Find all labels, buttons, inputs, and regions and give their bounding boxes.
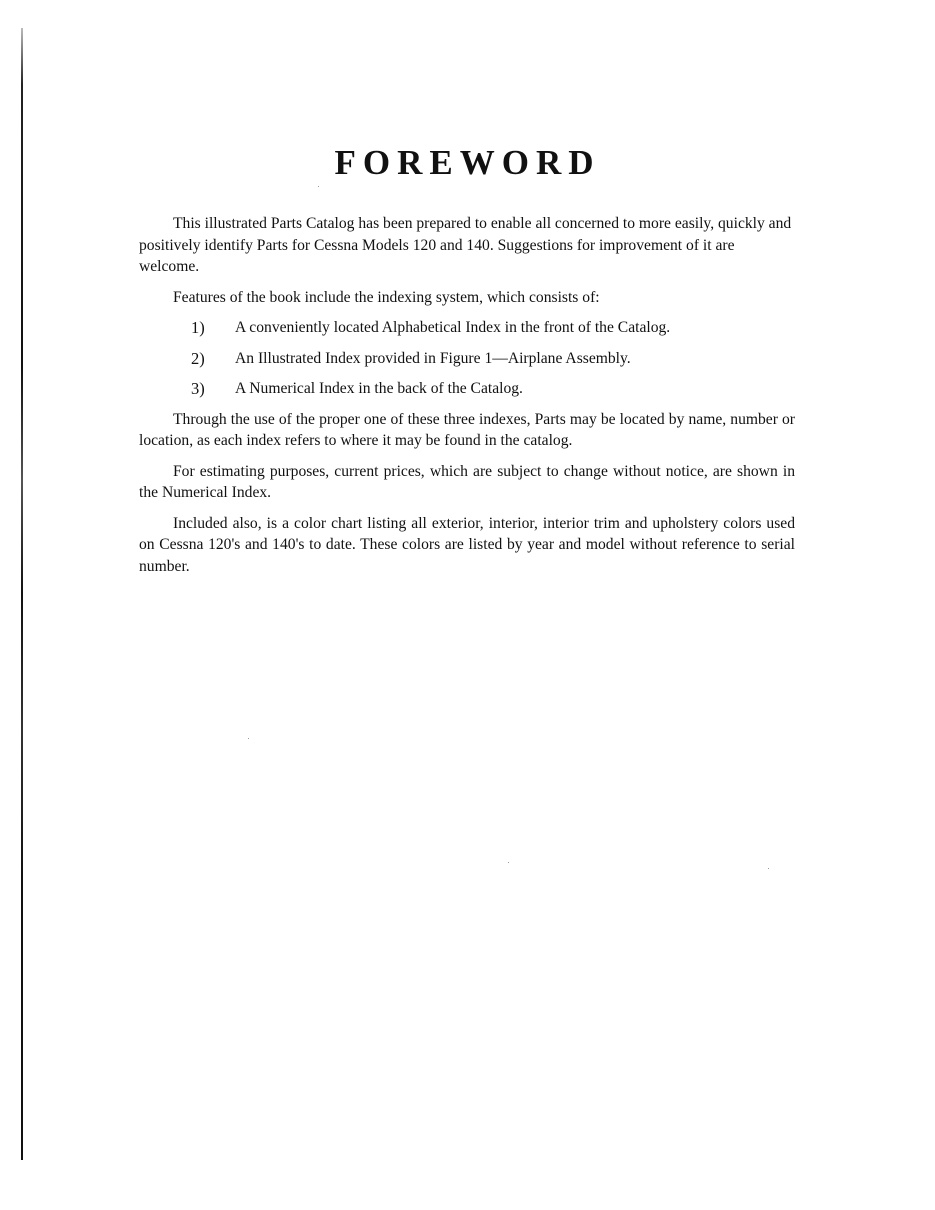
scan-speck xyxy=(248,738,249,739)
index-item-text: A Numerical Index in the back of the Cat… xyxy=(235,378,523,400)
usage-paragraph: Through the use of the proper one of the… xyxy=(139,409,795,452)
intro-paragraph: This illustrated Parts Catalog has been … xyxy=(139,213,795,278)
scan-speck xyxy=(318,186,319,187)
index-list-item: 1) A conveniently located Alphabetical I… xyxy=(191,317,795,339)
index-list-item: 2) An Illustrated Index provided in Figu… xyxy=(191,348,795,370)
page-title: FOREWORD xyxy=(0,143,935,183)
foreword-body: This illustrated Parts Catalog has been … xyxy=(139,213,795,586)
index-item-text: A conveniently located Alphabetical Inde… xyxy=(235,317,670,339)
index-item-number: 1) xyxy=(191,317,235,339)
features-paragraph: Features of the book include the indexin… xyxy=(139,287,795,309)
colors-paragraph: Included also, is a color chart listing … xyxy=(139,513,795,578)
index-item-number: 3) xyxy=(191,378,235,400)
scan-speck xyxy=(508,862,509,863)
index-list: 1) A conveniently located Alphabetical I… xyxy=(139,317,795,400)
index-list-item: 3) A Numerical Index in the back of the … xyxy=(191,378,795,400)
scan-edge-line xyxy=(21,28,23,1160)
index-item-text: An Illustrated Index provided in Figure … xyxy=(235,348,631,370)
prices-paragraph: For estimating purposes, current prices,… xyxy=(139,461,795,504)
scan-speck xyxy=(768,868,769,869)
index-item-number: 2) xyxy=(191,348,235,370)
